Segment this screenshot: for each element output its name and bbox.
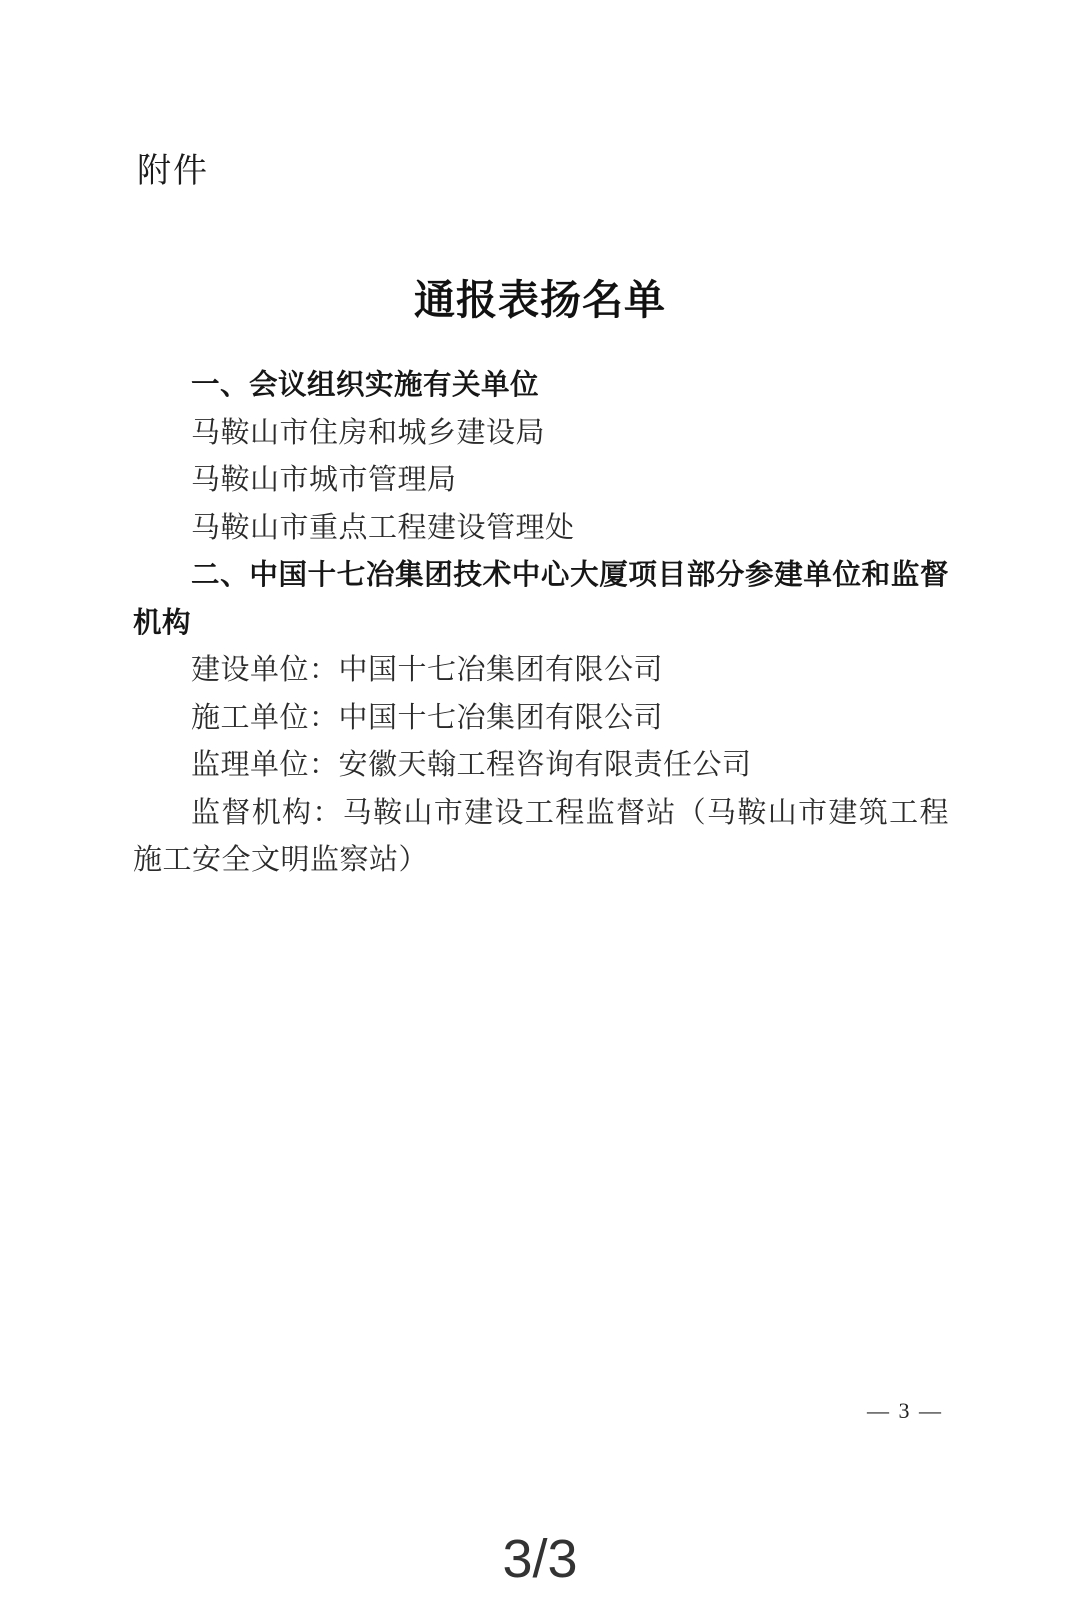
section-2-item: 施工单位：中国十七冶集团有限公司 <box>133 695 949 743</box>
page-number: — 3 — <box>867 1398 943 1424</box>
document-title: 通报表扬名单 <box>0 267 1080 326</box>
attachment-label: 附件 <box>137 143 209 192</box>
section-1-item: 马鞍山市城市管理局 <box>133 457 949 505</box>
section-2-heading: 二、中国十七冶集团技术中心大厦项目部分参建单位和监督机构 <box>133 552 949 647</box>
document-page: 附件 通报表扬名单 一、会议组织实施有关单位 马鞍山市住房和城乡建设局 马鞍山市… <box>0 0 1080 1604</box>
viewer-page-indicator: 3/3 <box>0 1528 1080 1590</box>
section-1-heading: 一、会议组织实施有关单位 <box>133 362 949 410</box>
section-1-item: 马鞍山市住房和城乡建设局 <box>133 410 949 458</box>
section-2-item: 监督机构：马鞍山市建设工程监督站（马鞍山市建筑工程施工安全文明监察站） <box>133 790 949 885</box>
section-1-item: 马鞍山市重点工程建设管理处 <box>133 505 949 553</box>
section-2-item: 监理单位：安徽天翰工程咨询有限责任公司 <box>133 742 949 790</box>
document-body: 一、会议组织实施有关单位 马鞍山市住房和城乡建设局 马鞍山市城市管理局 马鞍山市… <box>133 362 949 885</box>
section-2-item: 建设单位：中国十七冶集团有限公司 <box>133 647 949 695</box>
